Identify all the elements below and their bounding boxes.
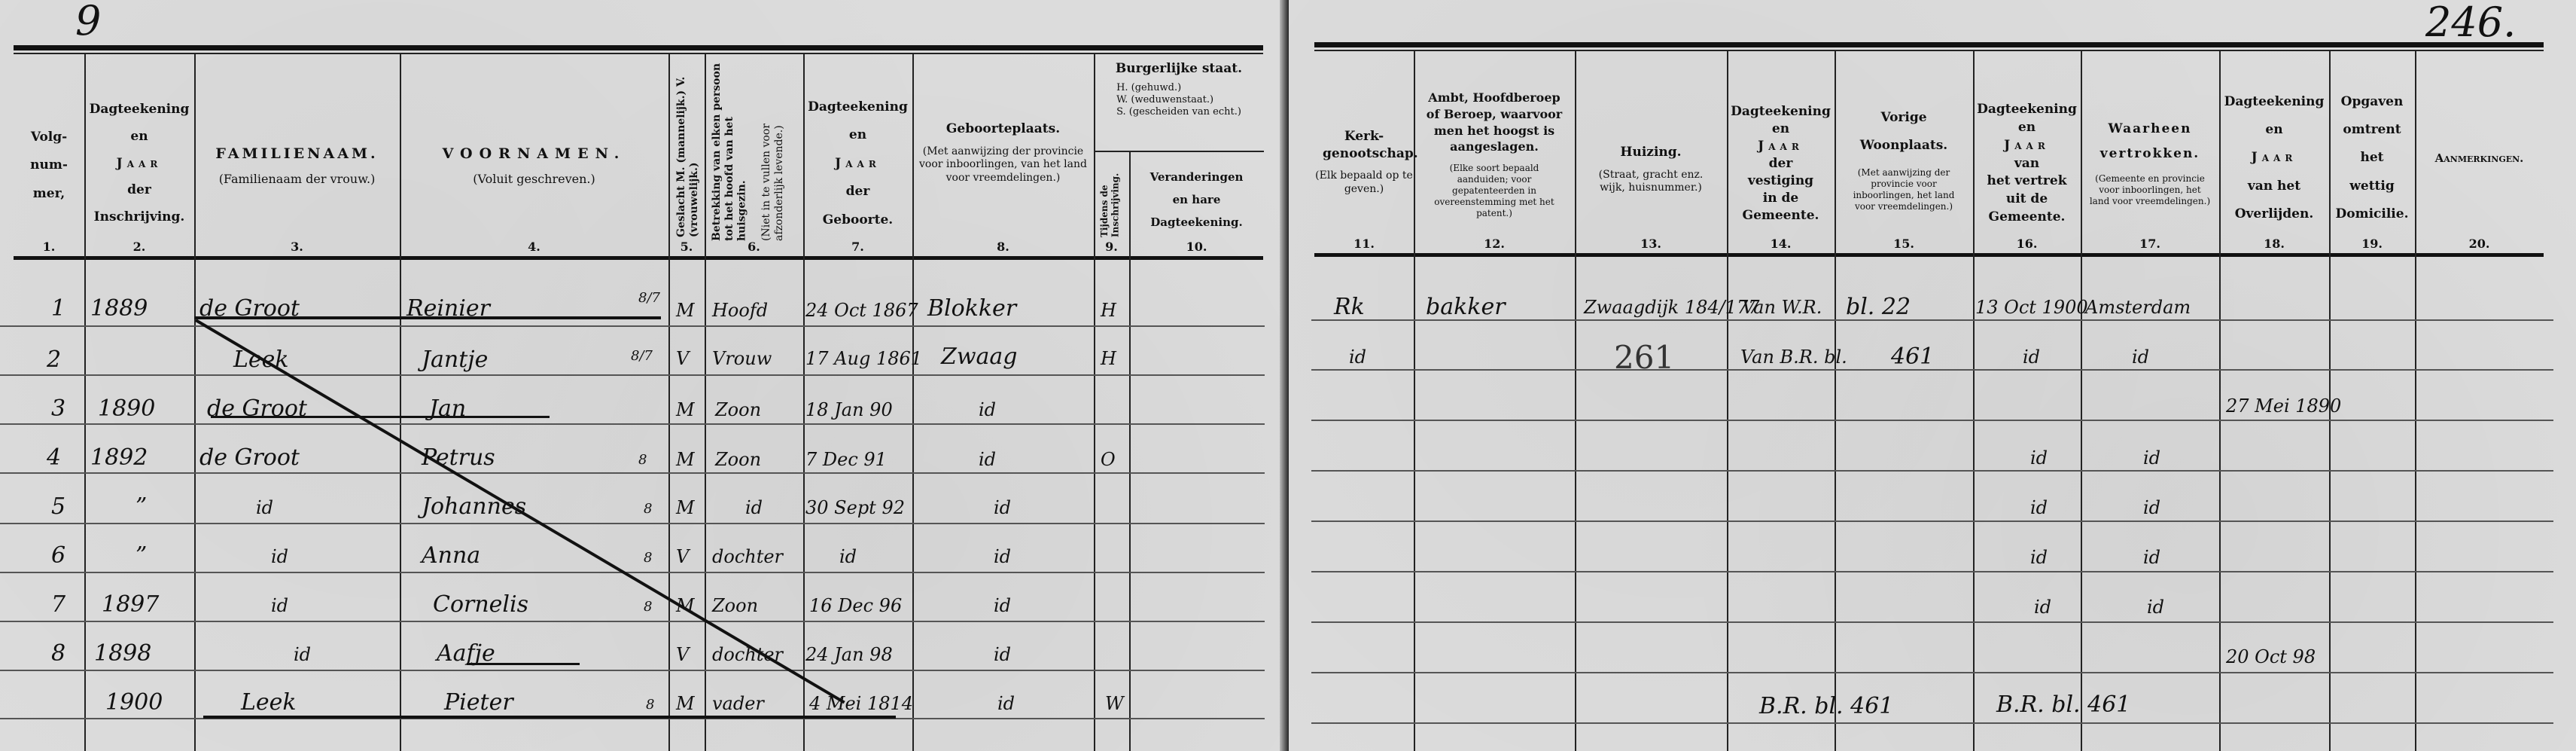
col-number: 14.	[1727, 237, 1835, 251]
row6-age-mark: 8	[644, 550, 652, 566]
col-number: 6.	[705, 240, 803, 254]
header-col12: Ambt, Hoofdberoep of Beroep, waarvoor me…	[1414, 68, 1575, 241]
row7-departure: id	[2034, 597, 2051, 618]
row-line	[1311, 521, 2553, 522]
row-line	[0, 423, 1265, 425]
row1-settled: Van W.R.	[1742, 297, 1822, 318]
row2-destination: id	[2132, 346, 2149, 368]
row5-age-mark: 8	[644, 501, 652, 517]
row2-house-note: 261	[1614, 339, 1674, 376]
col-number: 19.	[2329, 237, 2415, 251]
header-col3: FAMILIENAAM.(Familienaam der vrouw.)	[194, 90, 400, 241]
row6-surname: id	[271, 546, 288, 567]
header-top-rule	[14, 45, 1263, 50]
header-col10: Veranderingenen hareDagteekening.	[1129, 158, 1264, 241]
row4-destination: id	[2143, 447, 2160, 469]
row1-civil: H	[1101, 300, 1116, 321]
row1-destination: Amsterdam	[2085, 297, 2191, 318]
row-line	[1311, 571, 2553, 572]
header-col19: OpgavenomtrenthetwettigDomicilie.	[2329, 83, 2415, 234]
row7-relation: Zoon	[712, 595, 758, 616]
row-line	[0, 325, 1265, 327]
row8-sex: V	[676, 644, 689, 665]
row4-surname: de Groot	[199, 444, 300, 471]
row1-departure: 13 Oct 1900	[1975, 297, 2088, 318]
row4-age-mark: 8	[638, 452, 647, 468]
header-col15: Vorige Woonplaats.(Met aanwijzing der pr…	[1835, 94, 1973, 222]
header-col18: DagteekeningenJaarvan hetOverlijden.	[2219, 83, 2329, 234]
header-col13: Huizing.(Straat, gracht enz. wijk, huisn…	[1575, 113, 1727, 226]
row3-num: 3	[51, 395, 65, 422]
right-page: 246. Kerk-genootschap.(Elk bepaald op te…	[1289, 0, 2576, 751]
row3-sex: M	[676, 399, 695, 420]
row1-relation: Hoofd	[712, 300, 768, 321]
header-col17: Waarheen vertrokken.(Gemeente en provinc…	[2081, 98, 2219, 226]
row5-departure: id	[2030, 497, 2048, 518]
row5-destination: id	[2143, 497, 2160, 518]
row8-birthplace: id	[994, 644, 1011, 665]
row6-birth: id	[839, 546, 857, 567]
row8-year: 1898	[94, 640, 151, 667]
col-divider	[1094, 53, 1095, 751]
row6-given: Anna	[422, 542, 480, 569]
row6-sex: V	[676, 546, 689, 567]
row1-birthplace: Blokker	[927, 295, 1016, 322]
header-col2: DagteekeningenJaarderInschrijving.	[84, 83, 194, 245]
row1-occupation: bakker	[1426, 294, 1506, 320]
row3-strikethrough	[211, 416, 550, 418]
row5-surname: id	[256, 497, 273, 518]
row8-strikethrough	[467, 663, 580, 665]
row7-birthplace: id	[994, 595, 1011, 616]
row3-year: 1890	[98, 395, 155, 422]
row6-destination: id	[2143, 547, 2160, 568]
header-bottom-rule	[14, 256, 1263, 260]
header-col16: DagteekeningenJaarvanhet vertrekuit deGe…	[1973, 94, 2081, 234]
civil-state-divider	[1094, 151, 1264, 152]
row7-year: 1897	[102, 591, 159, 618]
header-col20: Aanmerkingen.	[2415, 83, 2544, 234]
col-number: 13.	[1575, 237, 1727, 251]
header-col5: Geslacht M. (mannelijk.) V. (vrouwelijk.…	[675, 64, 701, 237]
row6-num: 6	[51, 542, 65, 569]
row3-birthplace: id	[979, 399, 996, 420]
row4-relation: Zoon	[715, 449, 761, 470]
col-number: 10.	[1129, 240, 1264, 254]
row4-departure: id	[2030, 447, 2048, 469]
row9-departure: B.R. bl. 461	[1996, 691, 2130, 718]
row9-civil: W	[1105, 693, 1124, 714]
header-col6: Betrekking van elken persoon tot het hoo…	[711, 60, 756, 241]
row6-birthplace: id	[994, 546, 1011, 567]
col-number: 2.	[84, 240, 194, 254]
row9-relation: vader	[712, 693, 764, 714]
row-line	[0, 472, 1265, 474]
col-number: 9.	[1094, 240, 1129, 254]
row9-prev-residence: B.R. bl. 461	[1759, 693, 1893, 719]
row8-birth: 24 Jan 98	[805, 644, 893, 665]
header-col4: VOORNAMEN.(Voluit geschreven.)	[400, 90, 668, 241]
header-civil-state: Burgerlijke staat. H. (gehuwd.) W. (wedu…	[1094, 60, 1264, 151]
row4-birthplace: id	[979, 449, 996, 470]
row1-church: Rk	[1334, 294, 1365, 320]
row2-relation: Vrouw	[712, 348, 772, 369]
row2-departure: id	[2023, 346, 2040, 368]
header-top-rule	[1314, 42, 2544, 47]
left-page-number: 9	[75, 0, 101, 44]
left-page: 9 Volg-num-mer, DagteekeningenJaarderIns…	[0, 0, 1289, 751]
row9-sex: M	[676, 693, 695, 714]
row-line	[1311, 470, 2553, 472]
row5-birthplace: id	[994, 497, 1011, 518]
header-top-rule-thin	[1314, 50, 2544, 51]
row9-strikethrough	[203, 716, 896, 719]
row2-age-mark: 8/7	[631, 348, 653, 364]
row3-birth: 18 Jan 90	[805, 399, 893, 420]
row8-num: 8	[51, 640, 65, 667]
header-col8: Geboorteplaats.(Met aanwijzing der provi…	[912, 121, 1094, 241]
header-top-rule-thin	[14, 53, 1263, 54]
row5-sex: M	[676, 497, 695, 518]
row5-relation: id	[745, 497, 763, 518]
row-line	[0, 621, 1265, 622]
row1-sex: M	[676, 300, 695, 321]
row-line	[1311, 672, 2553, 673]
header-col11: Kerk-genootschap.(Elk bepaald op te geve…	[1314, 98, 1414, 226]
col-number: 15.	[1835, 237, 1973, 251]
row8-surname: id	[294, 644, 311, 665]
col-number: 5.	[668, 240, 705, 254]
row4-civil: O	[1101, 449, 1116, 470]
row2-civil: H	[1101, 348, 1116, 369]
row4-sex: M	[676, 449, 695, 470]
header-col1: Volg-num-mer,	[14, 90, 84, 241]
row-line	[1311, 722, 2553, 724]
row2-prev-residence: 461	[1891, 343, 1934, 370]
row-line	[1311, 420, 2553, 421]
row1-house: Zwaagdijk 184/177	[1584, 297, 1760, 318]
row2-given: Jantje	[422, 346, 488, 373]
col-divider	[705, 53, 706, 751]
row2-church: id	[1349, 346, 1366, 368]
col-number: 11.	[1314, 237, 1414, 251]
row1-age-mark: 8/7	[638, 290, 660, 306]
col-divider	[668, 53, 670, 751]
col-number: 17.	[2081, 237, 2219, 251]
row9-birth: 4 Mei 1814	[809, 693, 913, 714]
row-line	[0, 523, 1265, 524]
row3-relation: Zoon	[715, 399, 761, 420]
row4-num: 4	[47, 444, 61, 471]
row6-relation: dochter	[712, 546, 783, 567]
row7-birth: 16 Dec 96	[809, 595, 902, 616]
row1-birth: 24 Oct 1867	[805, 300, 918, 321]
row-line	[0, 670, 1265, 671]
row1-year: 1889	[90, 295, 148, 322]
row5-birth: 30 Sept 92	[805, 497, 905, 518]
row8-death: 20 Oct 98	[2226, 646, 2316, 667]
row-line	[1311, 621, 2553, 623]
row1-num: 1	[51, 295, 65, 322]
row6-departure: id	[2030, 547, 2048, 568]
row2-settled: Van B.R. bl.	[1740, 346, 1847, 368]
row7-surname: id	[271, 595, 288, 616]
col-number: 8.	[912, 240, 1094, 254]
row7-age-mark: 8	[644, 599, 652, 615]
row4-birth: 7 Dec 91	[805, 449, 887, 470]
row5-num: 5	[51, 493, 65, 520]
row9-birthplace: id	[997, 693, 1015, 714]
header-bottom-rule	[1314, 253, 2544, 257]
row1-strikethrough	[194, 316, 661, 319]
col-number: 1.	[14, 240, 84, 254]
row9-year: 1900	[105, 689, 163, 716]
row9-surname: Leek	[241, 689, 297, 716]
row4-year: 1892	[90, 444, 148, 471]
col-number: 7.	[803, 240, 912, 254]
row7-num: 7	[51, 591, 65, 618]
row2-num: 2	[47, 346, 61, 373]
row1-prev-residence: bl. 22	[1846, 294, 1911, 320]
row9-given: Pieter	[444, 689, 513, 716]
row7-given: Cornelis	[433, 591, 528, 618]
row2-birth: 17 Aug 1861	[805, 348, 922, 369]
row3-death: 27 Mei 1890	[2226, 395, 2341, 417]
header-col14: DagteekeningenJaardervestigingin deGemee…	[1727, 94, 1835, 234]
header-col9: Tijdens de Inschrijving.	[1099, 154, 1126, 237]
header-col7: DagteekeningenJaarderGeboorte.	[803, 83, 912, 245]
col-number: 3.	[194, 240, 400, 254]
right-page-number: 246.	[2425, 0, 2516, 46]
row-line	[0, 572, 1265, 573]
col-number: 12.	[1414, 237, 1575, 251]
row-line	[0, 374, 1265, 376]
col-number: 4.	[400, 240, 668, 254]
col-number: 16.	[1973, 237, 2081, 251]
row9-age-mark: 8	[646, 697, 654, 713]
row5-year: ”	[135, 493, 147, 520]
col-number: 20.	[2415, 237, 2544, 251]
header-col6-note: (Niet in te vullen voor afzonderlijk lev…	[760, 60, 786, 241]
col-number: 18.	[2219, 237, 2329, 251]
row6-year: ”	[135, 542, 147, 569]
row7-destination: id	[2147, 597, 2164, 618]
row2-birthplace: Zwaag	[941, 343, 1018, 370]
row2-sex: V	[676, 348, 689, 369]
